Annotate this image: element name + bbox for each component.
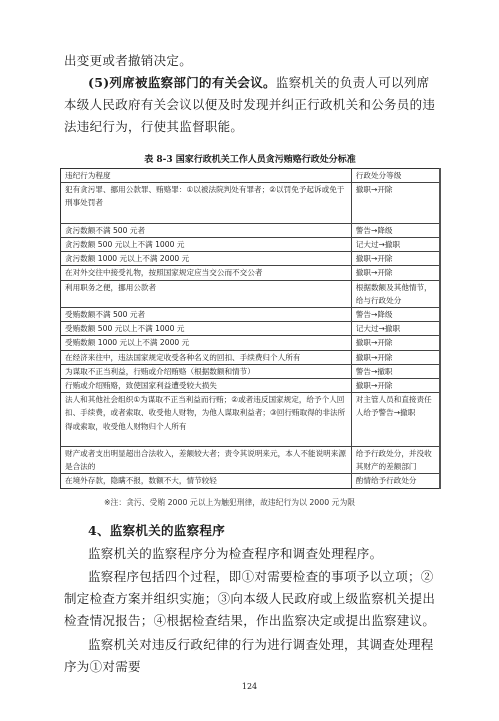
cell-penalty: 撤职→开除 bbox=[351, 350, 440, 364]
table-row: 在境外存款，隐瞒不报，数额不大，情节较轻酌情给予行政处分 bbox=[61, 474, 441, 488]
table-row: 法人和其他社会组织①为谋取不正当利益而行贿；②或者违反国家规定，给予个人回扣、手… bbox=[61, 393, 441, 447]
cell-penalty: 警告→降级 bbox=[351, 308, 440, 322]
cell-behavior: 贪污数额 500 元以上不满 1000 元 bbox=[61, 238, 352, 252]
page-number: 124 bbox=[0, 682, 499, 691]
table-row: 受贿数额 1000 元以上不满 2000 元撤职→开除 bbox=[61, 336, 441, 350]
cell-penalty: 撤职→开除 bbox=[351, 266, 440, 280]
table-row: 受贿数额 500 元以上不满 1000 元记大过→撤职 bbox=[61, 322, 441, 336]
cell-behavior: 在对外交往中接受礼物，按照国家规定应当交公而不交公者 bbox=[61, 266, 352, 280]
paragraph-bold-lead: (5)列席被监察部门的有关会议。 bbox=[88, 75, 276, 90]
table-row: 在对外交往中接受礼物，按照国家规定应当交公而不交公者撤职→开除 bbox=[61, 266, 441, 280]
table-row: 利用职务之便，挪用公款者根据数额及其他情节，给与行政处分 bbox=[61, 280, 441, 307]
table-row: 在经济来往中，违法国家规定收受各种名义的回扣、手续费归个人所有撤职→开除 bbox=[61, 350, 441, 364]
table-row: 犯有贪污罪、挪用公款罪、贿赂罪：①以被法院判处有罪者；②以罚免予起诉或免于刑事处… bbox=[61, 183, 441, 224]
cell-behavior: 受贿数额 500 元以上不满 1000 元 bbox=[61, 322, 352, 336]
penalty-standards-table: 违纪行为程度 行政处分等级 犯有贪污罪、挪用公款罪、贿赂罪：①以被法院判处有罪者… bbox=[60, 168, 441, 489]
table-row: 受贿数额不满 500 元者警告→降级 bbox=[61, 308, 441, 322]
cell-penalty: 警告→降级 bbox=[351, 223, 440, 237]
table-row: 为谋取不正当利益，行贿或介绍贿赂（根据数额和情节）警告→撤职 bbox=[61, 364, 441, 378]
section-paragraph-2: 监察程序包括四个过程，即①对需要检查的事项予以立项；②制定检查方案并组织实施；③… bbox=[64, 566, 436, 632]
cell-penalty: 记大过→撤职 bbox=[351, 238, 440, 252]
cell-penalty: 撤职→开除 bbox=[351, 183, 440, 224]
cell-behavior: 为谋取不正当利益，行贿或介绍贿赂（根据数额和情节） bbox=[61, 364, 352, 378]
cell-behavior: 贪污数额不满 500 元者 bbox=[61, 223, 352, 237]
cell-penalty: 撤职→开除 bbox=[351, 379, 440, 393]
table-row: 贪污数额不满 500 元者警告→降级 bbox=[61, 223, 441, 237]
table-row: 贪污数额 1000 元以上不满 2000 元撤职→开除 bbox=[61, 252, 441, 266]
cell-penalty: 根据数额及其他情节，给与行政处分 bbox=[351, 280, 440, 307]
cell-penalty: 警告→撤职 bbox=[351, 364, 440, 378]
cell-behavior: 在境外存款，隐瞒不报，数额不大，情节较轻 bbox=[61, 474, 352, 488]
cell-behavior: 在经济来往中，违法国家规定收受各种名义的回扣、手续费归个人所有 bbox=[61, 350, 352, 364]
cell-behavior: 受贿数额不满 500 元者 bbox=[61, 308, 352, 322]
table-row: 财产或者支出明显超出合法收入，差额较大者；责令其说明来元，本人不能说明来源是合法… bbox=[61, 447, 441, 474]
table-caption: 表 8-3 国家行政机关工作人员贪污贿赂行政处分标准 bbox=[60, 152, 440, 165]
section-paragraph-1: 监察机关的监察程序分为检查程序和调查处理程序。 bbox=[64, 543, 436, 565]
table-row: 行贿或介绍贿赂，致使国家利益遭受较大损失撤职→开除 bbox=[61, 379, 441, 393]
section-heading: 4、监察机关的监察程序 bbox=[64, 520, 436, 542]
cell-penalty: 记大过→撤职 bbox=[351, 322, 440, 336]
cell-penalty: 给予行政处分，并没收其财产的差额部门 bbox=[351, 447, 440, 474]
cell-penalty: 酌情给予行政处分 bbox=[351, 474, 440, 488]
table-header-row: 违纪行为程度 行政处分等级 bbox=[61, 169, 441, 183]
header-behavior: 违纪行为程度 bbox=[61, 169, 352, 183]
paragraph-continuation: 出变更或者撤销决定。 bbox=[64, 50, 436, 72]
section-paragraph-3: 监察机关对违反行政纪律的行为进行调查处理，其调查处理程序为①对需要 bbox=[64, 634, 436, 678]
cell-penalty: 对主管人员和直接责任人给予警告→撤职 bbox=[351, 393, 440, 447]
cell-behavior: 财产或者支出明显超出合法收入，差额较大者；责令其说明来元，本人不能说明来源是合法… bbox=[61, 447, 352, 474]
paragraph-attend-meetings: (5)列席被监察部门的有关会议。监察机关的负责人可以列席本级人民政府有关会议以便… bbox=[64, 72, 436, 138]
cell-behavior: 贪污数额 1000 元以上不满 2000 元 bbox=[61, 252, 352, 266]
table-row: 贪污数额 500 元以上不满 1000 元记大过→撤职 bbox=[61, 238, 441, 252]
table-note: ※注：贪污、受贿 2000 元以上为触犯刑律，故违纪行为以 2000 元为限 bbox=[104, 497, 355, 508]
header-penalty: 行政处分等级 bbox=[351, 169, 440, 183]
cell-behavior: 法人和其他社会组织①为谋取不正当利益而行贿；②或者违反国家规定，给予个人回扣、手… bbox=[61, 393, 352, 447]
cell-behavior: 利用职务之便，挪用公款者 bbox=[61, 280, 352, 307]
cell-behavior: 行贿或介绍贿赂，致使国家利益遭受较大损失 bbox=[61, 379, 352, 393]
cell-penalty: 撤职→开除 bbox=[351, 336, 440, 350]
cell-behavior: 受贿数额 1000 元以上不满 2000 元 bbox=[61, 336, 352, 350]
cell-behavior: 犯有贪污罪、挪用公款罪、贿赂罪：①以被法院判处有罪者；②以罚免予起诉或免于刑事处… bbox=[61, 183, 352, 224]
cell-penalty: 撤职→开除 bbox=[351, 252, 440, 266]
